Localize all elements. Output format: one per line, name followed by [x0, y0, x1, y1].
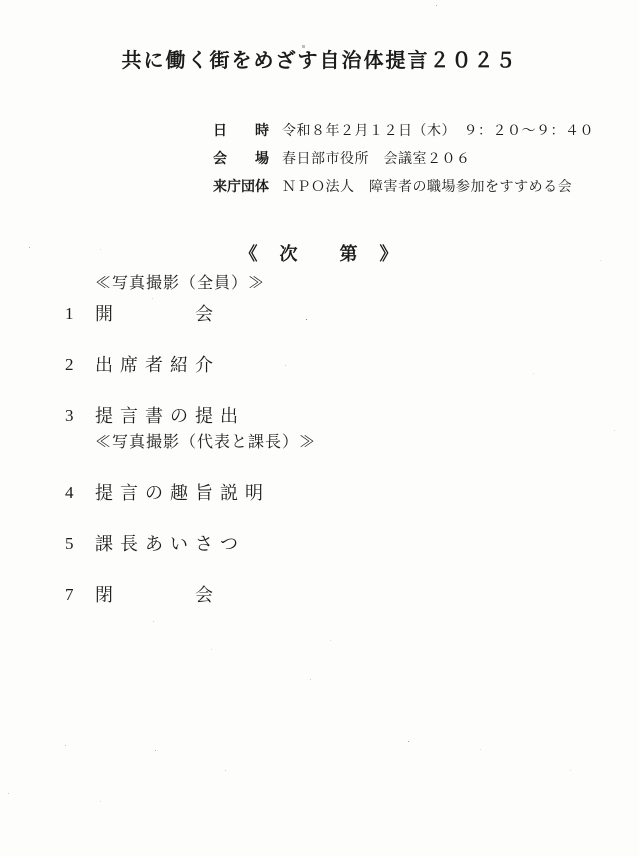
agenda-item-line: 1 開 会 — [65, 303, 639, 325]
agenda-item-number: 5 — [65, 533, 95, 555]
agenda-item-line: 3 提言書の提出 — [65, 405, 639, 427]
agenda-item-text: 開 会 — [95, 303, 220, 325]
agenda-item-line: 2 出席者紹介 — [65, 354, 639, 376]
info-row: 会 場 春日部市役所 会議室２０６ — [213, 144, 594, 172]
meeting-info-block: 日 時 令和８年２月１２日（木） ９：２０～９：４０ 会 場 春日部市役所 会議… — [213, 116, 594, 200]
agenda-item-number: 4 — [65, 482, 95, 504]
info-label: 会 場 — [213, 144, 269, 172]
agenda-item-text: 出席者紹介 — [95, 354, 220, 376]
scanned-document-page: 共に働く街をめざす自治体提言２０２５ 日 時 令和８年２月１２日（木） ９：２０… — [0, 0, 639, 856]
agenda-section: 《 次 第 》 ≪写真撮影（全員）≫ 1 開 会 2 出席者紹介 3 提言書の提… — [0, 243, 639, 635]
agenda-item-number: 1 — [65, 303, 95, 325]
agenda-item: 1 開 会 — [0, 303, 639, 325]
agenda-item-text: 提言の趣旨説明 — [95, 482, 270, 504]
info-label: 来庁団体 — [213, 172, 269, 200]
agenda-item-text: 提言書の提出 — [95, 405, 245, 427]
agenda-heading: 《 次 第 》 — [0, 243, 639, 265]
scan-noise — [0, 0, 1, 1]
document-title: 共に働く街をめざす自治体提言２０２５ — [0, 44, 639, 73]
info-row: 日 時 令和８年２月１２日（木） ９：２０～９：４０ — [213, 116, 594, 144]
agenda-item-line: 5 課長あいさつ — [65, 533, 639, 555]
info-value: 春日部市役所 会議室２０６ — [282, 144, 471, 172]
agenda-item-number: 3 — [65, 405, 95, 427]
info-row: 来庁団体 ＮＰＯ法人 障害者の職場参加をすすめる会 — [213, 172, 594, 200]
agenda-item: 4 提言の趣旨説明 — [0, 482, 639, 504]
agenda-item-text: 課長あいさつ — [95, 533, 245, 555]
agenda-item-number: 2 — [65, 354, 95, 376]
agenda-item-text: 閉 会 — [95, 584, 220, 606]
agenda-item: 5 課長あいさつ — [0, 533, 639, 555]
agenda-item-number: 7 — [65, 584, 95, 606]
agenda-item: 7 閉 会 — [0, 584, 639, 606]
photo-note-all-members: ≪写真撮影（全員）≫ — [0, 273, 639, 295]
info-label: 日 時 — [213, 116, 269, 144]
agenda-item-line: 4 提言の趣旨説明 — [65, 482, 639, 504]
info-value: 令和８年２月１２日（木） ９：２０～９：４０ — [282, 116, 594, 144]
agenda-item-line: 7 閉 会 — [65, 584, 639, 606]
agenda-list: 1 開 会 2 出席者紹介 3 提言書の提出 ≪写真撮影（代表と課長）≫ 4 提… — [0, 303, 639, 606]
agenda-item: 2 出席者紹介 — [0, 354, 639, 376]
info-value: ＮＰＯ法人 障害者の職場参加をすすめる会 — [282, 172, 572, 200]
agenda-item-note: ≪写真撮影（代表と課長）≫ — [95, 433, 639, 453]
agenda-item: 3 提言書の提出 ≪写真撮影（代表と課長）≫ — [0, 405, 639, 453]
